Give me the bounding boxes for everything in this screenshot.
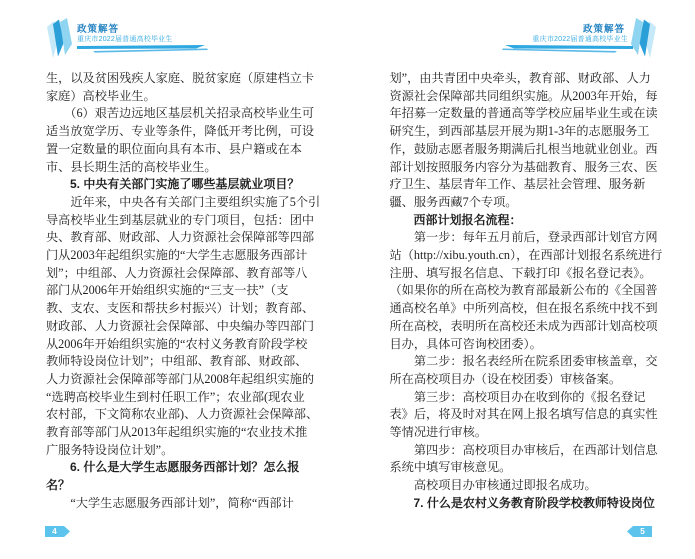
header-subtitle: 重庆市2022届普通高校毕业生	[532, 36, 628, 44]
body-text-line: 人力资源社会保障部等部门从2008年起组织实施的	[46, 371, 322, 389]
question-heading-line: 西部计划报名流程：	[390, 212, 666, 230]
header-underline-swoosh-icon	[501, 45, 633, 54]
body-text-line: 目办，具体可咨询校团委）。	[390, 336, 666, 354]
body-text-line: （6）艰苦边远地区基层机关招录高校毕业生可	[46, 105, 322, 123]
books-logo-icon	[46, 18, 74, 58]
body-text-line: 疗卫生、基层青年工作、基层社会管理、服务新	[390, 176, 666, 194]
body-text-line: 财政部、人力资源社会保障部、中央编办等四部门	[46, 318, 322, 336]
body-text-line: 疆、服务西藏7个专项。	[390, 194, 666, 212]
body-text-line: 从2006年开始组织实施的“农村义务教育阶段学校	[46, 336, 322, 354]
body-text-line: 第一步：每年五月前后，登录西部计划官方网	[390, 229, 666, 247]
question-heading-line: 7. 什么是农村义务教育阶段学校教师特设岗位	[390, 495, 666, 513]
body-text-line: 第四步：高校项目办审核后，在西部计划信息	[390, 442, 666, 460]
body-text-line: 适当放宽学历、专业等条件，降低开考比例，可设	[46, 123, 322, 141]
body-text-line: 划”，由共青团中央牵头，教育部、财政部、人力	[390, 70, 666, 88]
question-heading-line: 名？	[46, 477, 322, 495]
page-number-badge-right: 5	[627, 526, 652, 537]
question-heading-line: 6. 什么是大学生志愿服务西部计划？怎么报	[46, 459, 322, 477]
body-text-line: 教育部等部门从2013年起组织实施的“农业技术推	[46, 424, 322, 442]
body-text-line: 年招募一定数量的普通高等学校应届毕业生或在读	[390, 105, 666, 123]
body-text-line: 系统中填写审核意见。	[390, 459, 666, 477]
body-text-line: 部计划按照服务内容分为基础教育、服务三农、医	[390, 159, 666, 177]
body-text-line: 教师特设岗位计划”；中组部、教育部、财政部、	[46, 353, 322, 371]
body-text-line: “大学生志愿服务西部计划”，简称“西部计	[46, 495, 322, 513]
body-text-line: “选聘高校毕业生到村任职工作”；农业部(现农业	[46, 389, 322, 407]
body-text-line: 近年来，中央各有关部门主要组织实施了5个引	[46, 194, 322, 212]
body-text-line: 所在高校，表明所在高校还未成为西部计划高校项	[390, 318, 666, 336]
page-content-left: 生，以及贫困残疾人家庭、脱贫家庭（原建档立卡家庭）高校毕业生。 （6）艰苦边远地…	[46, 70, 322, 513]
body-text-line: 家庭）高校毕业生。	[46, 88, 322, 106]
body-text-line: 作，鼓励志愿者服务期满后扎根当地就业创业。西	[390, 141, 666, 159]
page-right: 政策解答 重庆市2022届普通高校毕业生 划”，由共青团中央牵头，教育部、财政部…	[348, 0, 695, 559]
body-text-line: 注册、填写报名信息、下载打印《报名登记表》。	[390, 265, 666, 283]
body-text-line: 第三步：高校项目办在收到你的《报名登记	[390, 389, 666, 407]
body-text-line: 农村部，下文简称农业部)、人力资源社会保障部、	[46, 406, 322, 424]
body-text-line: 研究生，到西部基层开展为期1-3年的志愿服务工	[390, 123, 666, 141]
page-number-badge-left: 4	[45, 526, 70, 537]
body-text-line: 广服务特设岗位计划”。	[46, 442, 322, 460]
body-text-line: （如果你的所在高校为教育部最新公布的《全国普	[390, 282, 666, 300]
body-text-line: 第二步：报名表经所在院系团委审核盖章，交	[390, 353, 666, 371]
question-heading-line: 5. 中央有关部门实施了哪些基层就业项目？	[46, 176, 322, 194]
header-title: 政策解答	[77, 24, 119, 35]
header-subtitle: 重庆市2022届普通高校毕业生	[77, 36, 173, 44]
body-text-line: 站（http://xibu.youth.cn），在西部计划报名系统进行	[390, 247, 666, 265]
body-text-line: 市、县长期生活的高校毕业生。	[46, 159, 322, 177]
page-content-right: 划”，由共青团中央牵头，教育部、财政部、人力资源社会保障部共同组织实施。从200…	[390, 70, 666, 513]
body-text-line: 教、支农、支医和帮扶乡村振兴）计划；教育部、	[46, 300, 322, 318]
body-text-line: 生，以及贫困残疾人家庭、脱贫家庭（原建档立卡	[46, 70, 322, 88]
body-text-line: 部门从2006年开始组织实施的“三支一扶”（支	[46, 282, 322, 300]
body-text-line: 门从2003年起组织实施的“大学生志愿服务西部计	[46, 247, 322, 265]
page-left: 政策解答 重庆市2022届普通高校毕业生 生，以及贫困残疾人家庭、脱贫家庭（原建…	[0, 0, 348, 559]
body-text-line: 资源社会保障部共同组织实施。从2003年开始，每	[390, 88, 666, 106]
body-text-line: 等情况进行审核。	[390, 424, 666, 442]
body-text-line: 置一定数量的职位面向具有本市、县户籍或在本	[46, 141, 322, 159]
body-text-line: 通高校名单》中所列高校，但在报名系统中找不到	[390, 300, 666, 318]
header-underline-swoosh-icon	[77, 45, 209, 54]
body-text-line: 所在高校项目办（设在校团委）审核备案。	[390, 371, 666, 389]
body-text-line: 导高校毕业生到基层就业的专门项目，包括：团中	[46, 212, 322, 230]
body-text-line: 高校项目办审核通过即报名成功。	[390, 477, 666, 495]
body-text-line: 表》后，将及时对其在网上报名填写信息的真实性	[390, 406, 666, 424]
body-text-line: 划”；中组部、人力资源社会保障部、教育部等八	[46, 265, 322, 283]
booklet-spread: 政策解答 重庆市2022届普通高校毕业生 生，以及贫困残疾人家庭、脱贫家庭（原建…	[0, 0, 695, 559]
body-text-line: 央、教育部、财政部、人力资源社会保障部等四部	[46, 229, 322, 247]
books-logo-icon	[629, 18, 657, 58]
header-title: 政策解答	[583, 24, 625, 35]
